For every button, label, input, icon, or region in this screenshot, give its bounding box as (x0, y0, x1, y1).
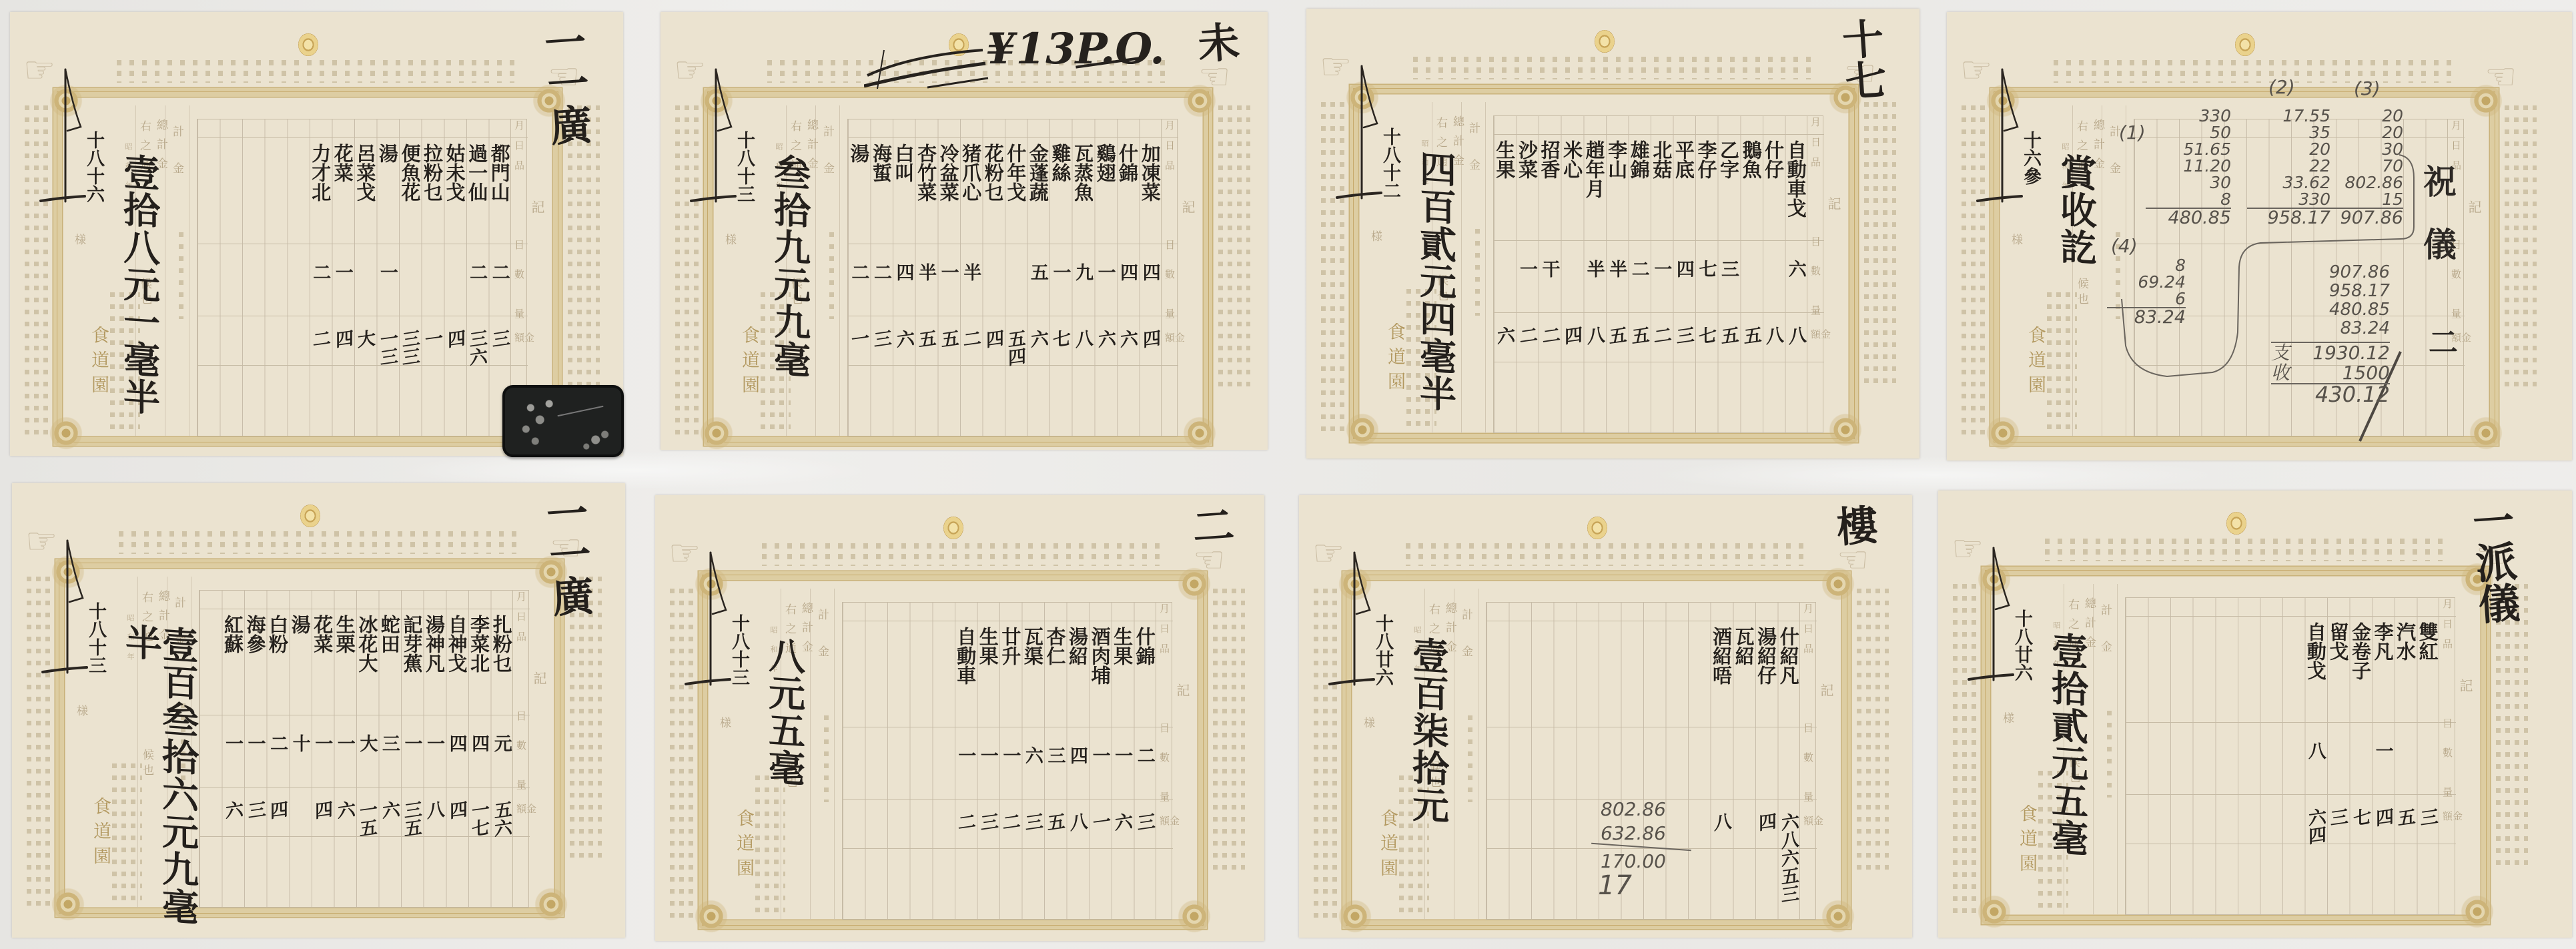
item-amount: 四 (982, 314, 1004, 438)
label-subtotal: 計金 (816, 609, 827, 682)
item-amount: 四 (444, 314, 466, 438)
calc-total: 480.85 (2146, 208, 2231, 227)
item-column: 金卷子 七 (2349, 615, 2372, 915)
item-name: 生栗 (334, 608, 356, 714)
item-name: 金卷子 (2349, 615, 2371, 721)
item-amount: 八 (1071, 314, 1094, 438)
fine-print-right-margin (570, 577, 602, 864)
item-column: 雙紅 三 (2416, 615, 2439, 915)
item-column: 生栗 一 六 (334, 608, 356, 908)
corner-ornament-icon (693, 898, 730, 935)
item-name: 花菜 (332, 137, 354, 243)
total-amount: 壹拾八元一毫半 (121, 152, 157, 416)
restaurant-name: 食道園 (89, 326, 107, 400)
item-quantity: 一 (937, 243, 959, 315)
corner-ornament-icon (49, 886, 87, 923)
total-amount: 壹拾貳元五毫 (2049, 631, 2086, 858)
item-name: 留戈 (2326, 615, 2348, 721)
item-amount: 五 (937, 314, 959, 438)
item-column: 白粉 二 四 (266, 608, 289, 908)
item-amount: 二 (309, 314, 331, 438)
pencil-subtraction: 802.86 632.86 170.00 17 (1299, 495, 1912, 938)
corner-ornament-icon (698, 414, 735, 452)
flag-mark-icon (1332, 62, 1385, 206)
corner-mark: 一一廣 (540, 20, 590, 147)
item-name: 生果 (1493, 133, 1515, 240)
item-quantity: 九 (1071, 243, 1094, 315)
receipt: ☞ ☜ 計金 總計金 右之通 昭和年 様 候也 (1306, 9, 1919, 458)
calc-value: 51.65 (2146, 141, 2231, 157)
pencil-result: 170.00 (1601, 850, 1666, 872)
restaurant-name: 食道園 (1386, 322, 1404, 396)
item-amount: 二 (959, 314, 981, 438)
label-honorific: 様 (75, 705, 86, 716)
receipt: ☞ ☜ 計金 總計金 右之通 昭和年 様 候也 (12, 483, 625, 938)
item-column: 自動車 一 二 (954, 620, 977, 920)
item-name: 加凍菜 (1139, 137, 1161, 243)
item-amount: 六 (334, 785, 356, 910)
item-column: 紅蘇 一 六 (222, 608, 244, 908)
label-month-day: 月日 (1810, 117, 1820, 157)
item-amount: 三 (1134, 797, 1156, 922)
item-quantity: 四 (1139, 243, 1161, 315)
item-name: 湯 (289, 608, 311, 714)
calc-value: 8 (2107, 257, 2186, 274)
item-column: 李山 半 五 (1605, 133, 1628, 433)
item-quantity: 二 (1628, 240, 1650, 312)
calc-value: 33.62 (2247, 174, 2330, 191)
item-amount: 三 (244, 785, 266, 910)
item-name: 猪爪心 (959, 137, 981, 243)
grid-line (189, 105, 189, 436)
item-column: 湯 十 (288, 608, 311, 908)
corner-ornament-icon (1176, 565, 1213, 603)
item-list: 加凍菜 四 四 什錦 四 六 鷄翅 一 六 (847, 137, 1161, 436)
floral-tin-box (502, 385, 624, 457)
summary-value: 480.85 (2271, 300, 2390, 319)
corner-mark: 二 (1188, 503, 1232, 547)
item-amount: 六 (1116, 314, 1138, 438)
item-list: 自動車戈 六 八 什仔 八 鵝魚 五 (1493, 133, 1807, 433)
label-record: 記 (1181, 200, 1194, 214)
label-amount: 金額 (1159, 816, 1179, 941)
item-quantity: 一 (332, 243, 354, 315)
corner-ornament-icon (1344, 411, 1381, 448)
item-column: 猪爪心 半 二 (959, 137, 982, 436)
gratuity-note: 祝儀 (2421, 164, 2454, 290)
item-column: 扎粉乜 元 五六 (490, 608, 512, 908)
item-name: 鵝魚 (1740, 133, 1762, 240)
calc-value: 15 (2328, 191, 2403, 208)
item-amount: 六 (1094, 314, 1116, 438)
item-column: 湯 一 一三 (376, 137, 399, 436)
item-quantity: 八 (2304, 721, 2326, 794)
emblem-coin-icon (300, 505, 320, 527)
emblem-coin-icon (2226, 512, 2246, 535)
item-name: 什錦 (1134, 620, 1156, 726)
item-amount: 八 (1785, 310, 1807, 435)
item-name: 平底 (1673, 133, 1695, 240)
item-name: 湯神凡 (423, 608, 445, 714)
tin-inscription (558, 406, 604, 417)
item-quantity: 四 (446, 714, 468, 786)
item-quantity: 一 (400, 714, 422, 786)
item-name: 湯 (847, 137, 869, 243)
corner-ornament-icon (1181, 82, 1218, 119)
receipt: ☞ ☜ 計金 總計金 右之通 昭和年 様 候也 (1938, 491, 2572, 938)
item-quantity: 四 (1673, 240, 1695, 312)
restaurant-name: 食道園 (735, 809, 753, 883)
flag-mark-icon (37, 537, 91, 680)
item-column: 生果 六 (1493, 133, 1516, 433)
receipt: ☞ ☜ 計金 總計金 右之通 昭和年 様 候也 (655, 495, 1264, 941)
flag-mark-icon (686, 65, 739, 209)
item-column: 李仔 七 七 (1695, 133, 1717, 433)
item-column: 湯紹 四 八 (1066, 620, 1089, 920)
date: 十八十三 (735, 131, 753, 203)
total-amount: 八元五毫 (766, 635, 803, 787)
item-name: 鷄翅 (1094, 137, 1116, 243)
item-quantity: 十 (289, 714, 311, 786)
item-name: 趙年月 (1583, 133, 1605, 240)
item-quantity: 四 (468, 714, 490, 786)
item-column: 什錦 四 六 (1116, 137, 1139, 436)
item-quantity: 一 (1650, 240, 1672, 312)
grid-line (839, 105, 840, 436)
calc-column: 869.246 83.24 (2107, 257, 2186, 326)
label-month-day: 月日 (1159, 603, 1169, 643)
item-quantity: 一 (376, 243, 398, 315)
item-quantity: 一 (334, 714, 356, 786)
item-name: 花粉乜 (982, 137, 1004, 243)
total-amount: 叁拾九元九毫 (771, 152, 808, 379)
item-name: 杏仁 (1043, 620, 1065, 726)
item-amount: 八 (423, 785, 445, 910)
item-name: 李山 (1605, 133, 1627, 240)
item-name: 沙菜 (1516, 133, 1538, 240)
item-amount: 八 (1583, 310, 1605, 435)
fine-print-right-margin (1218, 105, 1250, 392)
label-record: 記 (530, 200, 544, 214)
item-name: 乙字 (1717, 133, 1739, 240)
item-quantity: 一 (1111, 726, 1133, 798)
item-name: 酒肉埔 (1089, 620, 1111, 726)
item-quantity: 半 (1583, 240, 1605, 312)
calc-label: (4) (2111, 235, 2138, 257)
label-honorific: 様 (718, 717, 729, 728)
item-column: 酒肉埔 一 一 (1088, 620, 1111, 920)
label-amount: 金額 (1810, 329, 1830, 458)
item-name: 什錦 (1116, 137, 1138, 243)
calc-total: 958.17 (2247, 208, 2330, 227)
calc-value: 22 (2247, 157, 2330, 174)
received-label: 收 (2271, 363, 2290, 383)
item-column: 雞絲 一 七 (1049, 137, 1071, 436)
corner-ornament-icon (1176, 898, 1213, 935)
item-column: 汽水 五 (2394, 615, 2417, 915)
date: 十八十二 (1381, 127, 1399, 200)
item-name: 冰花大 (356, 608, 378, 714)
pencil-line-1: 802.86 (1601, 798, 1666, 820)
label-subtotal: 計金 (2099, 604, 2110, 677)
item-quantity: 一 (2372, 721, 2394, 794)
date: 十八十六 (85, 131, 103, 203)
item-column: 湯 二 一 (847, 137, 870, 436)
calc-value: 802.86 (2328, 174, 2403, 191)
item-quantity: 元 (490, 714, 512, 786)
item-name: 杏竹菜 (915, 137, 937, 243)
calc-value: 330 (2247, 191, 2330, 208)
item-amount: 一 (1089, 797, 1111, 922)
item-quantity: 四 (1116, 243, 1138, 315)
calc-value: 6 (2107, 290, 2186, 307)
item-amount: 五 (1605, 310, 1627, 435)
paid-amount: 1930.12 (2312, 343, 2390, 363)
item-quantity: 二 (466, 243, 488, 315)
label-record: 記 (1176, 683, 1189, 697)
calc-value: 30 (2146, 174, 2231, 191)
item-amount: 七 (1695, 310, 1717, 435)
label-month-day: 月日 (1164, 120, 1174, 160)
item-column: 平底 四 三 (1673, 133, 1695, 433)
balance-amount: 430.12 (2315, 384, 2390, 404)
calc-value: 20 (2328, 124, 2403, 141)
item-column: 花粉乜 四 (982, 137, 1005, 436)
item-quantity: 五 (1027, 243, 1049, 315)
item-column: 北菇 一 二 (1650, 133, 1673, 433)
item-amount: 一 (421, 314, 443, 438)
item-column: 拉粉乜 一 (421, 137, 444, 436)
item-quantity: 六 (1021, 726, 1043, 798)
item-column: 海參 一 三 (244, 608, 266, 908)
pencil-extra: 17 (1598, 870, 1632, 901)
item-amount: 五 (1628, 310, 1650, 435)
item-amount: 三 (977, 797, 999, 922)
label-amount: 金額 (516, 804, 536, 938)
item-name: 李仔 (1695, 133, 1717, 240)
calc-summary: 907.86958.17480.8583.24 支 1930.12 收 1500… (2271, 263, 2390, 404)
calc-value: 17.55 (2247, 107, 2330, 124)
item-amount: 四 (311, 785, 333, 910)
item-amount: 三 (2326, 792, 2348, 917)
item-amount: 五四 (1004, 314, 1026, 438)
label-month-day: 月日 (514, 120, 524, 160)
item-amount: 一 (847, 314, 869, 438)
date: 十八十三 (87, 602, 105, 674)
item-quantity: 一 (999, 726, 1021, 798)
item-name: 姑未戈 (444, 137, 466, 243)
fine-print-header (1413, 57, 1813, 79)
item-column: 便魚花 三三 (398, 137, 421, 436)
item-column: 沙菜 一 二 (1516, 133, 1539, 433)
item-amount: 四 (332, 314, 354, 438)
item-name: 招香 (1539, 133, 1561, 240)
date: 十八十三 (730, 614, 748, 686)
flag-mark-icon (681, 549, 734, 692)
calc-values: 20203070802.8615 (2328, 107, 2403, 208)
calc-value: 70 (2328, 157, 2403, 174)
item-quantity: 四 (1066, 726, 1088, 798)
item-name: 冷盆菜 (937, 137, 959, 243)
item-column: 招香 干 二 (1538, 133, 1561, 433)
item-amount: 五 (1717, 310, 1739, 435)
item-amount: 一三 (376, 314, 398, 438)
label-record: 記 (1827, 197, 1840, 210)
item-name: 力才北 (309, 137, 331, 243)
item-column: 自動戈 八 六四 (2304, 615, 2327, 915)
calc-column: 20203070802.8615 907.86 (2328, 107, 2403, 227)
label-amount: 金額 (1164, 332, 1184, 450)
received-amount: 1500 (2342, 363, 2390, 383)
item-name: 自動車戈 (1785, 133, 1807, 240)
date: 十八廿六 (2013, 609, 2031, 681)
corner-ornament-icon (47, 414, 85, 452)
item-quantity: 一 (244, 714, 266, 786)
item-name: 海蜇 (870, 137, 892, 243)
label-month-day: 月日 (2442, 599, 2452, 639)
item-quantity: 半 (915, 243, 937, 315)
calc-value: 50 (2146, 124, 2231, 141)
calc-value: 69.24 (2107, 274, 2186, 290)
item-amount: 六 (1493, 310, 1515, 435)
corner-mark: 一派儀 (2468, 499, 2518, 625)
calc-values: 869.246 (2107, 257, 2186, 307)
item-name: 呂菜戈 (354, 137, 376, 243)
corner-ornament-icon (1827, 411, 1864, 448)
item-name: 拉粉乜 (421, 137, 443, 243)
corner-ornament-icon (1181, 414, 1218, 452)
item-quantity: 三 (1717, 240, 1739, 312)
item-name: 記芽蕉 (400, 608, 422, 714)
item-amount: 二 (999, 797, 1021, 922)
item-column: 雄錦 二 五 (1628, 133, 1651, 433)
item-quantity: 三 (1043, 726, 1065, 798)
item-column: 生果 一 六 (1111, 620, 1134, 920)
item-column: 李凡 一 四 (2371, 615, 2394, 915)
item-name: 李凡 (2372, 615, 2394, 721)
item-column: 李菜北 四 一七 (468, 608, 490, 908)
item-column: 生果 一 三 (977, 620, 999, 920)
item-column: 什仔 八 (1762, 133, 1785, 433)
item-column: 什年戈 五四 (1004, 137, 1027, 436)
item-column: 鵝魚 五 (1739, 133, 1762, 433)
item-column: 白叫 四 六 (892, 137, 915, 436)
item-list: 扎粉乜 元 五六 李菜北 四 一七 自神戈 四 四 (199, 608, 512, 908)
fine-print-right-margin (2496, 584, 2528, 871)
paid-label: 支 (2271, 343, 2290, 363)
summary-values: 907.86958.17480.8583.24 (2271, 263, 2390, 338)
item-quantity: 一 (423, 714, 445, 786)
item-column: 瓦渠 六 三 (1021, 620, 1044, 920)
item-amount: 三 (1673, 310, 1695, 435)
item-quantity: 一 (311, 714, 333, 786)
label-honorific: 様 (723, 234, 735, 245)
item-amount: 二 (954, 797, 976, 922)
grid-line (834, 589, 835, 920)
item-amount: 二 (1539, 310, 1561, 435)
item-name: 米心 (1561, 133, 1583, 240)
calc-value: 35 (2247, 124, 2330, 141)
item-column: 蛇田 三 六 (378, 608, 401, 908)
item-column: 過一仙 二 三六 (466, 137, 488, 436)
calc-total: 83.24 (2107, 307, 2186, 326)
flag-mark-icon (35, 65, 89, 209)
item-quantity: 二 (870, 243, 892, 315)
item-amount: 四 (1139, 314, 1161, 438)
fine-print-right-margin (1864, 102, 1896, 389)
label-honorific: 様 (1369, 230, 1380, 242)
item-column: 自神戈 四 四 (445, 608, 468, 908)
restaurant-name: 食道園 (2018, 804, 2036, 878)
item-name: 過一仙 (466, 137, 488, 243)
item-name: 金蓬蔬 (1027, 137, 1049, 243)
item-name: 什仔 (1762, 133, 1784, 240)
item-column: 廿升 一 二 (999, 620, 1021, 920)
item-amount: 六 (378, 785, 400, 910)
item-quantity: 六 (1785, 240, 1807, 312)
item-quantity: 二 (1134, 726, 1156, 798)
item-name: 北菇 (1650, 133, 1672, 240)
item-amount: 二 (1650, 310, 1672, 435)
item-name: 雞絲 (1049, 137, 1071, 243)
item-quantity: 半 (959, 243, 981, 315)
item-amount: 三 (870, 314, 892, 438)
item-name: 什年戈 (1004, 137, 1026, 243)
label-subtotal: 計金 (171, 125, 182, 199)
label-month-day: 月日 (516, 591, 526, 631)
item-quantity: 一 (222, 714, 244, 786)
calc-value: 20 (2247, 141, 2330, 157)
item-column: 留戈 三 (2326, 615, 2349, 915)
calc-bracket-lines (1947, 12, 2572, 460)
item-amount: 四 (1561, 310, 1583, 435)
item-column: 力才北 二 二 (309, 137, 332, 436)
item-column: 杏仁 三 五 (1043, 620, 1066, 920)
item-quantity: 一 (1094, 243, 1116, 315)
item-quantity: 一 (954, 726, 976, 798)
calc-column: 17.5535202233.62330 958.17 (2247, 107, 2330, 227)
item-column: 記芽蕉 一 三五 (400, 608, 423, 908)
item-column: 冷盆菜 一 五 (937, 137, 959, 436)
calc-value: 330 (2146, 107, 2231, 124)
calc-total: 907.86 (2328, 208, 2403, 227)
item-amount: 六 (1111, 797, 1133, 922)
restaurant-name: 食道園 (91, 797, 109, 871)
item-quantity: 大 (356, 714, 378, 786)
item-column: 自動車戈 六 八 (1784, 133, 1807, 433)
fine-print-right-margin (1213, 589, 1245, 876)
item-quantity: 一 (977, 726, 999, 798)
item-column: 花菜 一 四 (311, 608, 334, 908)
item-column: 金蓬蔬 五 六 (1027, 137, 1049, 436)
calc-value: 8 (2146, 191, 2231, 208)
label-honorific: 様 (2001, 712, 2012, 723)
item-name: 雄錦 (1628, 133, 1650, 240)
item-amount: 五 (915, 314, 937, 438)
summary-value: 907.86 (2271, 263, 2390, 282)
item-quantity: 二 (847, 243, 869, 315)
calc-value: 30 (2328, 141, 2403, 157)
item-amount: 四 (2372, 792, 2394, 917)
gratuity-number: 二 (2429, 328, 2458, 358)
item-name: 都門山 (488, 137, 510, 243)
item-amount: 三六 (466, 314, 488, 438)
item-column: 鷄翅 一 六 (1094, 137, 1116, 436)
item-amount: 五 (1043, 797, 1065, 922)
item-column: 海蜇 二 三 (870, 137, 893, 436)
item-column: 姑未戈 四 (443, 137, 466, 436)
summary-value: 958.17 (2271, 282, 2390, 300)
